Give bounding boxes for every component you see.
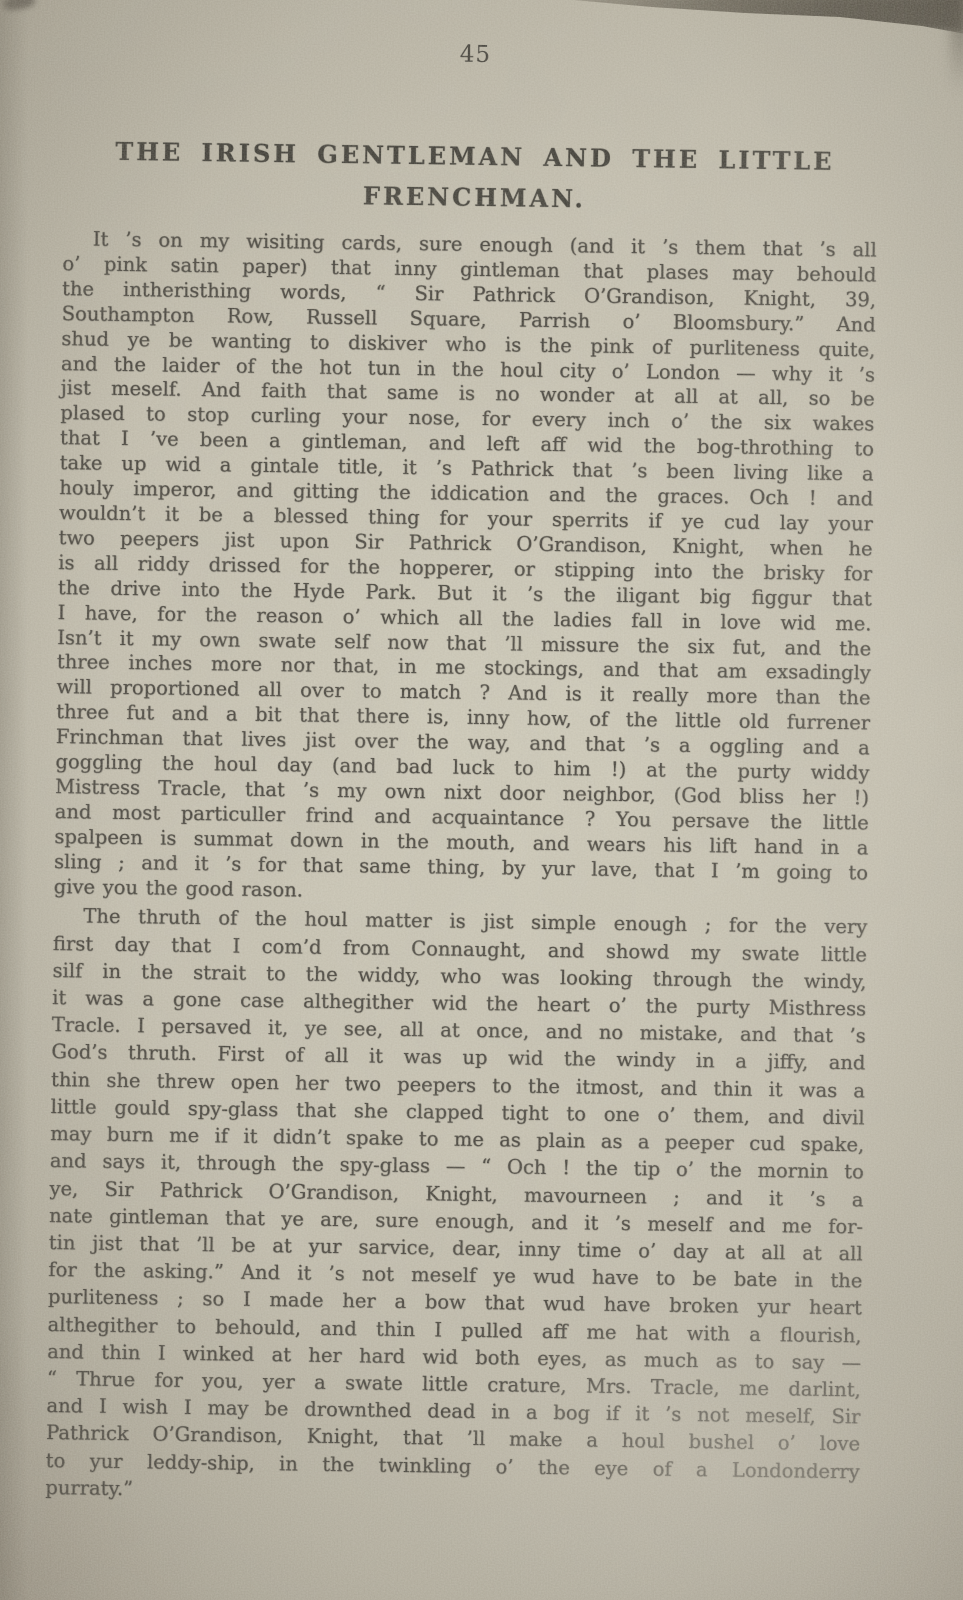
page-content: 45 THE IRISH GENTLEMAN AND THE LITTLE FR… bbox=[0, 0, 963, 1600]
text-block: It ’s on my wisiting cards, sure enough … bbox=[45, 227, 877, 1512]
paragraph: It ’s on my wisiting cards, sure enough … bbox=[54, 227, 877, 911]
paragraph: The thruth of the houl matter is jist si… bbox=[45, 903, 867, 1513]
scanned-book-page: 45 THE IRISH GENTLEMAN AND THE LITTLE FR… bbox=[0, 0, 963, 1600]
page-number: 45 bbox=[10, 35, 940, 74]
story-title: THE IRISH GENTLEMAN AND THE LITTLE FRENC… bbox=[68, 130, 881, 223]
scan-shadow-right-edge bbox=[951, 0, 963, 90]
